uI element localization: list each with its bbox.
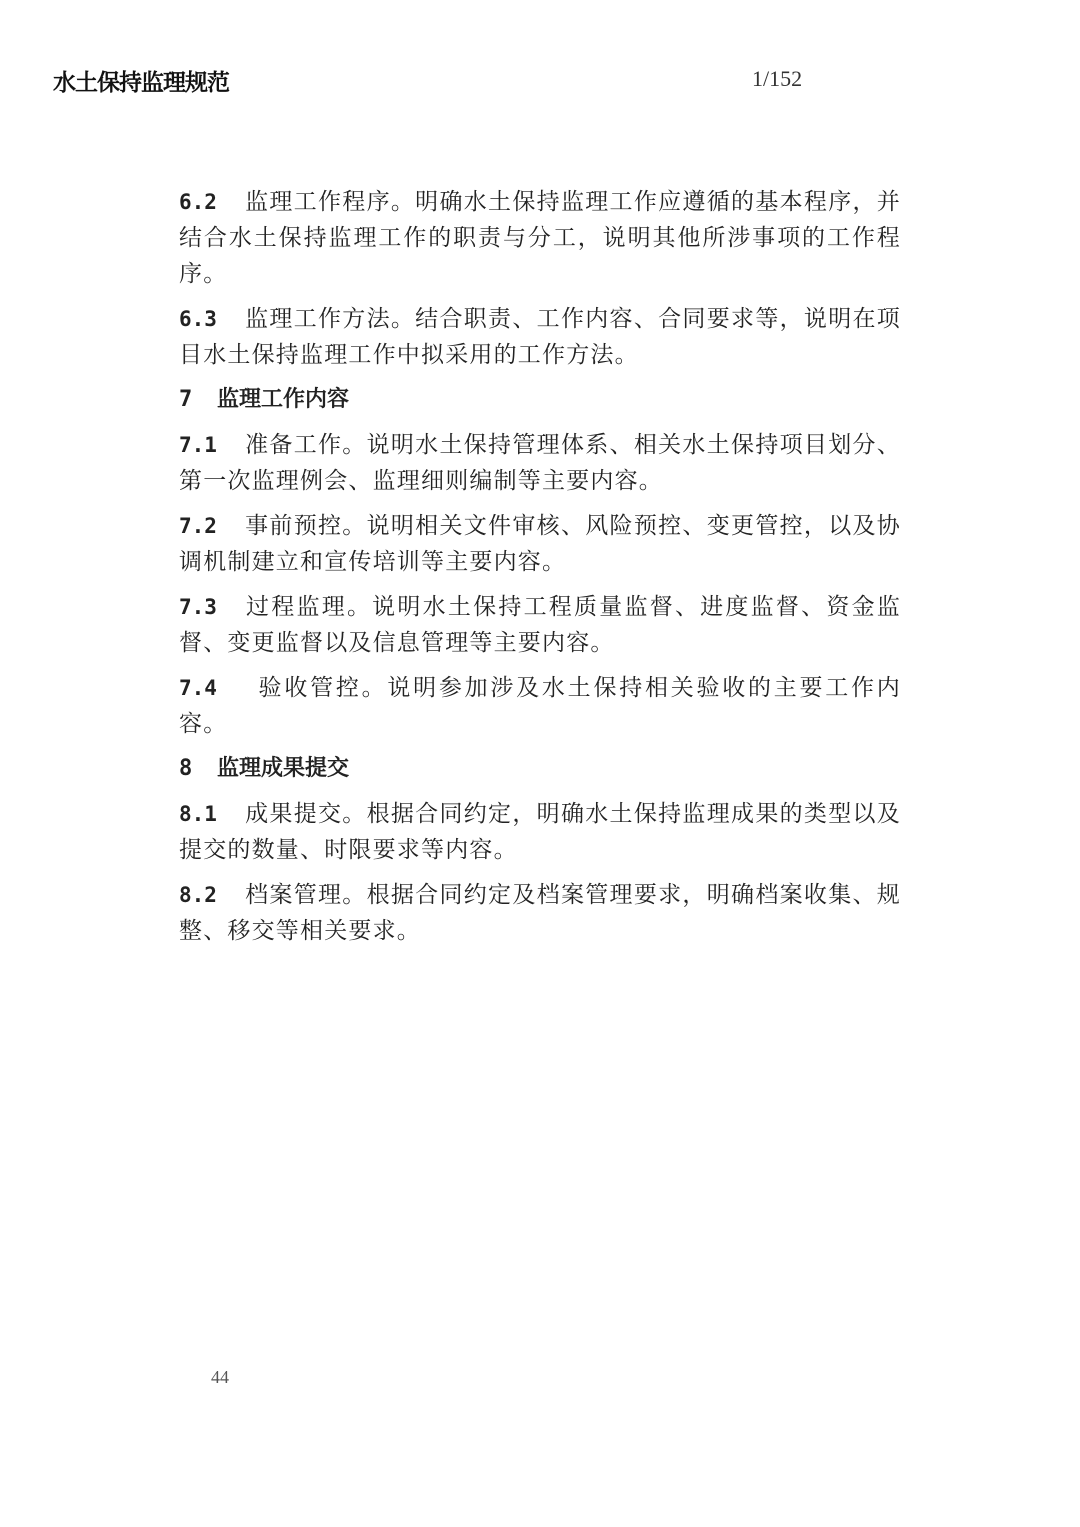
clause-number: 7.2 — [179, 508, 245, 544]
clause-7-3: 7.3过程监理。说明水土保持工程质量监督、进度监督、资金监督、变更监督以及信息管… — [179, 589, 901, 661]
clause-7-4: 7.4验收管控。说明参加涉及水土保持相关验收的主要工作内容。 — [179, 670, 901, 742]
clause-text: 档案管理。根据合同约定及档案管理要求，明确档案收集、规整、移交等相关要求。 — [179, 882, 901, 944]
page-indicator: 1/152 — [752, 66, 802, 92]
clause-7-1: 7.1准备工作。说明水土保持管理体系、相关水土保持项目划分、第一次监理例会、监理… — [179, 427, 901, 499]
clause-text: 准备工作。说明水土保持管理体系、相关水土保持项目划分、第一次监理例会、监理细则编… — [179, 432, 901, 494]
section-title: 监理工作内容 — [217, 387, 349, 412]
clause-6-2: 6.2监理工作程序。明确水土保持监理工作应遵循的基本程序，并结合水土保持监理工作… — [179, 184, 901, 292]
document-title: 水土保持监理规范 — [53, 64, 229, 97]
clause-number: 8.1 — [179, 796, 245, 832]
clause-number: 7.1 — [179, 427, 245, 463]
clause-text: 监理工作方法。结合职责、工作内容、合同要求等，说明在项目水土保持监理工作中拟采用… — [179, 306, 901, 368]
clause-text: 事前预控。说明相关文件审核、风险预控、变更管控，以及协调机制建立和宣传培训等主要… — [179, 513, 901, 575]
page-number: 44 — [211, 1367, 229, 1388]
clause-8-2: 8.2档案管理。根据合同约定及档案管理要求，明确档案收集、规整、移交等相关要求。 — [179, 877, 901, 949]
document-body: 6.2监理工作程序。明确水土保持监理工作应遵循的基本程序，并结合水土保持监理工作… — [179, 184, 901, 958]
clause-number: 6.2 — [179, 184, 245, 220]
section-title: 监理成果提交 — [217, 756, 349, 781]
clause-6-3: 6.3监理工作方法。结合职责、工作内容、合同要求等，说明在项目水土保持监理工作中… — [179, 301, 901, 373]
section-heading-7: 7监理工作内容 — [179, 382, 901, 418]
clause-text: 验收管控。说明参加涉及水土保持相关验收的主要工作内容。 — [179, 675, 901, 737]
section-number: 7 — [179, 382, 217, 418]
clause-number: 7.4 — [179, 670, 257, 706]
clause-text: 监理工作程序。明确水土保持监理工作应遵循的基本程序，并结合水土保持监理工作的职责… — [179, 189, 901, 287]
clause-number: 6.3 — [179, 301, 245, 337]
section-number: 8 — [179, 751, 217, 787]
clause-number: 7.3 — [179, 589, 245, 625]
section-heading-8: 8监理成果提交 — [179, 751, 901, 787]
clause-8-1: 8.1成果提交。根据合同约定，明确水土保持监理成果的类型以及提交的数量、时限要求… — [179, 796, 901, 868]
clause-text: 过程监理。说明水土保持工程质量监督、进度监督、资金监督、变更监督以及信息管理等主… — [179, 594, 901, 656]
clause-number: 8.2 — [179, 877, 245, 913]
clause-7-2: 7.2事前预控。说明相关文件审核、风险预控、变更管控，以及协调机制建立和宣传培训… — [179, 508, 901, 580]
clause-text: 成果提交。根据合同约定，明确水土保持监理成果的类型以及提交的数量、时限要求等内容… — [179, 801, 901, 863]
